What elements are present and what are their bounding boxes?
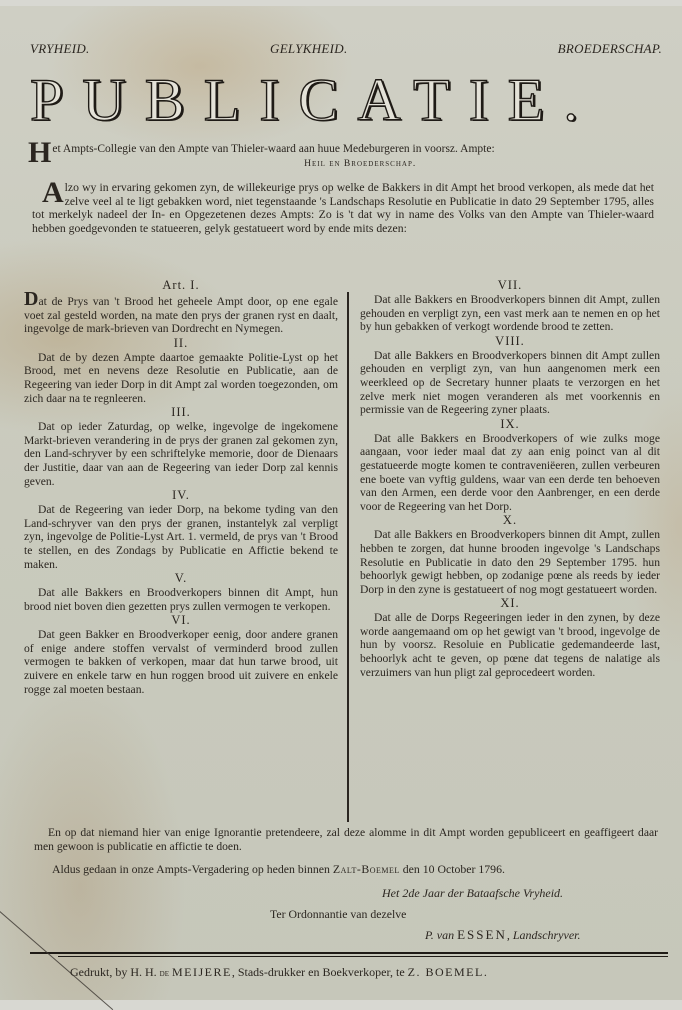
- article-body: Dat de by dezen Ampte daartoe gemaakte P…: [24, 351, 338, 405]
- article-3: III. Dat op ieder Zaturdag, op welke, in…: [24, 405, 338, 488]
- article-4: IV. Dat de Regeering van ieder Dorp, na …: [24, 488, 338, 571]
- printer-imprint: Gedrukt, by H. H. de MEIJERE, Stads-druk…: [70, 965, 488, 980]
- article-body: Dat alle Bakkers en Broodverkopers binne…: [24, 586, 338, 613]
- motto-equality: GELYKHEID.: [270, 41, 348, 57]
- article-body: Dat alle Bakkers en Broodverkopers of wi…: [360, 432, 660, 514]
- article-9: IX. Dat alle Bakkers en Broodverkopers o…: [360, 417, 660, 514]
- imprint-middle: , Stads-drukker en Boekverkoper, te: [232, 965, 405, 979]
- intro-greeting: Heil en Broederschap.: [28, 157, 668, 171]
- footer-rule: [30, 952, 668, 954]
- article-7: VII. Dat alle Bakkers en Broodverkopers …: [360, 278, 660, 334]
- header-mottos: VRYHEID. GELYKHEID. BROEDERSCHAP.: [30, 41, 670, 61]
- done-at-place: Zalt-Boemel: [333, 862, 400, 876]
- article-2: II. Dat de by dezen Ampte daartoe gemaak…: [24, 336, 338, 405]
- preamble: Alzo wy in ervaring gekomen zyn, de will…: [32, 181, 654, 235]
- article-heading: VII.: [360, 278, 660, 293]
- article-body: Dat geen Bakker en Broodverkoper eenig, …: [24, 628, 338, 696]
- intro-dropcap: H: [28, 140, 51, 166]
- article-5: V. Dat alle Bakkers en Broodverkopers bi…: [24, 571, 338, 613]
- motto-brotherhood: BROEDERSCHAP.: [558, 41, 662, 57]
- article-10: X. Dat alle Bakkers en Broodverkopers bi…: [360, 513, 660, 596]
- ordonnantie-line: Ter Ordonnantie van dezelve: [270, 907, 406, 922]
- articles-left-column: Art. I. Dat de Prys van 't Brood het geh…: [24, 278, 338, 696]
- intro-line: et Ampts-Collegie van den Ampte van Thie…: [28, 139, 668, 156]
- article-body: Dat alle de Dorps Regeeringen ieder in d…: [360, 611, 660, 679]
- article-body: Dat de Regeering van ieder Dorp, na beko…: [24, 503, 338, 571]
- column-divider: [347, 292, 349, 822]
- footer-rule-thin: [58, 956, 668, 957]
- article-8: VIII. Dat alle Bakkers en Broodverkopers…: [360, 334, 660, 417]
- article-body: Dat de Prys van 't Brood het geheele Amp…: [24, 293, 338, 336]
- motto-freedom: VRYHEID.: [30, 41, 90, 57]
- closing-paragraph: En op dat niemand hier van enige Ignoran…: [34, 826, 658, 854]
- article-heading: VIII.: [360, 334, 660, 349]
- article-11: XI. Dat alle de Dorps Regeeringen ieder …: [360, 596, 660, 679]
- preamble-text: lzo wy in ervaring gekomen zyn, de wille…: [32, 181, 654, 235]
- proclamation-sheet: VRYHEID. GELYKHEID. BROEDERSCHAP. PUBLIC…: [0, 6, 682, 1000]
- preamble-dropcap: A: [42, 181, 64, 205]
- article-heading: Art. I.: [24, 278, 338, 293]
- article-dropcap: D: [24, 288, 38, 310]
- imprint-printer: MEIJERE: [172, 965, 232, 979]
- article-heading: IX.: [360, 417, 660, 432]
- article-6: VI. Dat geen Bakker en Broodverkoper een…: [24, 613, 338, 696]
- intro-address: H et Ampts-Collegie van den Ampte van Th…: [28, 139, 668, 171]
- signature-initial: P. van: [425, 928, 454, 942]
- article-heading: XI.: [360, 596, 660, 611]
- done-at-date: den 10 October 1796.: [403, 862, 505, 876]
- article-heading: V.: [24, 571, 338, 586]
- article-text: at de Prys van 't Brood het geheele Ampt…: [24, 295, 338, 335]
- done-at-prefix: Aldus gedaan in onze Ampts-Vergadering o…: [52, 862, 330, 876]
- articles-right-column: VII. Dat alle Bakkers en Broodverkopers …: [360, 278, 660, 679]
- article-1: Art. I. Dat de Prys van 't Brood het geh…: [24, 278, 338, 336]
- signature: P. van ESSEN, Landschryver.: [425, 927, 581, 943]
- done-at-line: Aldus gedaan in onze Ampts-Vergadering o…: [52, 862, 505, 877]
- article-heading: VI.: [24, 613, 338, 628]
- article-body: Dat alle Bakkers en Broodverkopers binne…: [360, 349, 660, 417]
- imprint-de: de: [160, 969, 169, 979]
- article-heading: III.: [24, 405, 338, 420]
- article-heading: II.: [24, 336, 338, 351]
- imprint-place: Z. BOEMEL.: [408, 965, 489, 979]
- imprint-prefix: Gedrukt, by H. H.: [70, 965, 157, 979]
- article-body: Dat alle Bakkers en Broodverkopers binne…: [360, 293, 660, 334]
- article-heading: IV.: [24, 488, 338, 503]
- document-title: PUBLICATIE.: [30, 69, 670, 131]
- signature-name: ESSEN: [457, 927, 507, 942]
- signature-title: , Landschryver.: [507, 928, 581, 942]
- article-heading: X.: [360, 513, 660, 528]
- batavian-year-line: Het 2de Jaar der Bataafsche Vryheid.: [382, 886, 563, 901]
- articles-columns: Art. I. Dat de Prys van 't Brood het geh…: [22, 278, 662, 826]
- article-body: Dat op ieder Zaturdag, op welke, ingevol…: [24, 420, 338, 488]
- article-body: Dat alle Bakkers en Broodverkopers binne…: [360, 528, 660, 596]
